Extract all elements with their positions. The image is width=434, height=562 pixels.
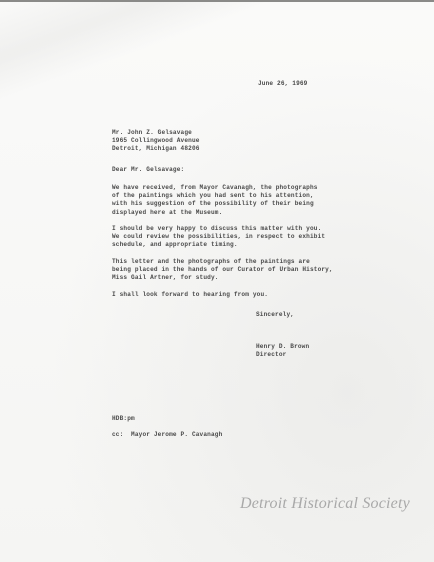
salutation: Dear Mr. Gelsavage: (112, 166, 184, 174)
paragraph-3-line: This letter and the photographs of the p… (112, 258, 310, 265)
watermark: Detroit Historical Society (240, 495, 410, 513)
paragraph-1-line: with his suggestion of the possibility o… (112, 200, 314, 207)
letter-page: June 26, 1969 Mr. John Z. Gelsavage 1965… (0, 0, 434, 562)
paragraph-1: We have received, from Mayor Cavanagh, t… (112, 184, 318, 217)
page-top-edge (0, 0, 434, 2)
recipient-name: Mr. John Z. Gelsavage (112, 129, 192, 136)
closing: Sincerely, (256, 311, 294, 319)
paragraph-2: I should be very happy to discuss this m… (112, 225, 325, 250)
recipient-street: 1965 Collingwood Avenue (112, 137, 200, 144)
recipient-city: Detroit, Michigan 48206 (112, 145, 200, 152)
paragraph-4-line: I shall look forward to hearing from you… (112, 291, 268, 298)
paragraph-3: This letter and the photographs of the p… (112, 258, 333, 283)
signer-name: Henry D. Brown (256, 343, 309, 350)
paragraph-1-line: We have received, from Mayor Cavanagh, t… (112, 184, 318, 191)
paragraph-4: I shall look forward to hearing from you… (112, 291, 268, 299)
paragraph-1-line: displayed here at the Museum. (112, 209, 222, 216)
paragraph-2-line: I should be very happy to discuss this m… (112, 225, 321, 232)
paragraph-2-line: schedule, and appropriate timing. (112, 241, 238, 248)
signature-block: Henry D. Brown Director (256, 343, 309, 359)
carbon-copy-line: cc: Mayor Jerome P. Cavanagh (112, 431, 222, 439)
signer-title: Director (256, 351, 286, 358)
reference-initials: HDB:pm (112, 415, 135, 423)
paragraph-2-line: We could review the possibilities, in re… (112, 233, 325, 240)
letter-date: June 26, 1969 (258, 80, 308, 88)
paragraph-3-line: being placed in the hands of our Curator… (112, 266, 333, 273)
paragraph-1-line: of the paintings which you had sent to h… (112, 192, 314, 199)
paragraph-3-line: Miss Gail Artner, for study. (112, 274, 219, 281)
recipient-address: Mr. John Z. Gelsavage 1965 Collingwood A… (112, 129, 200, 154)
